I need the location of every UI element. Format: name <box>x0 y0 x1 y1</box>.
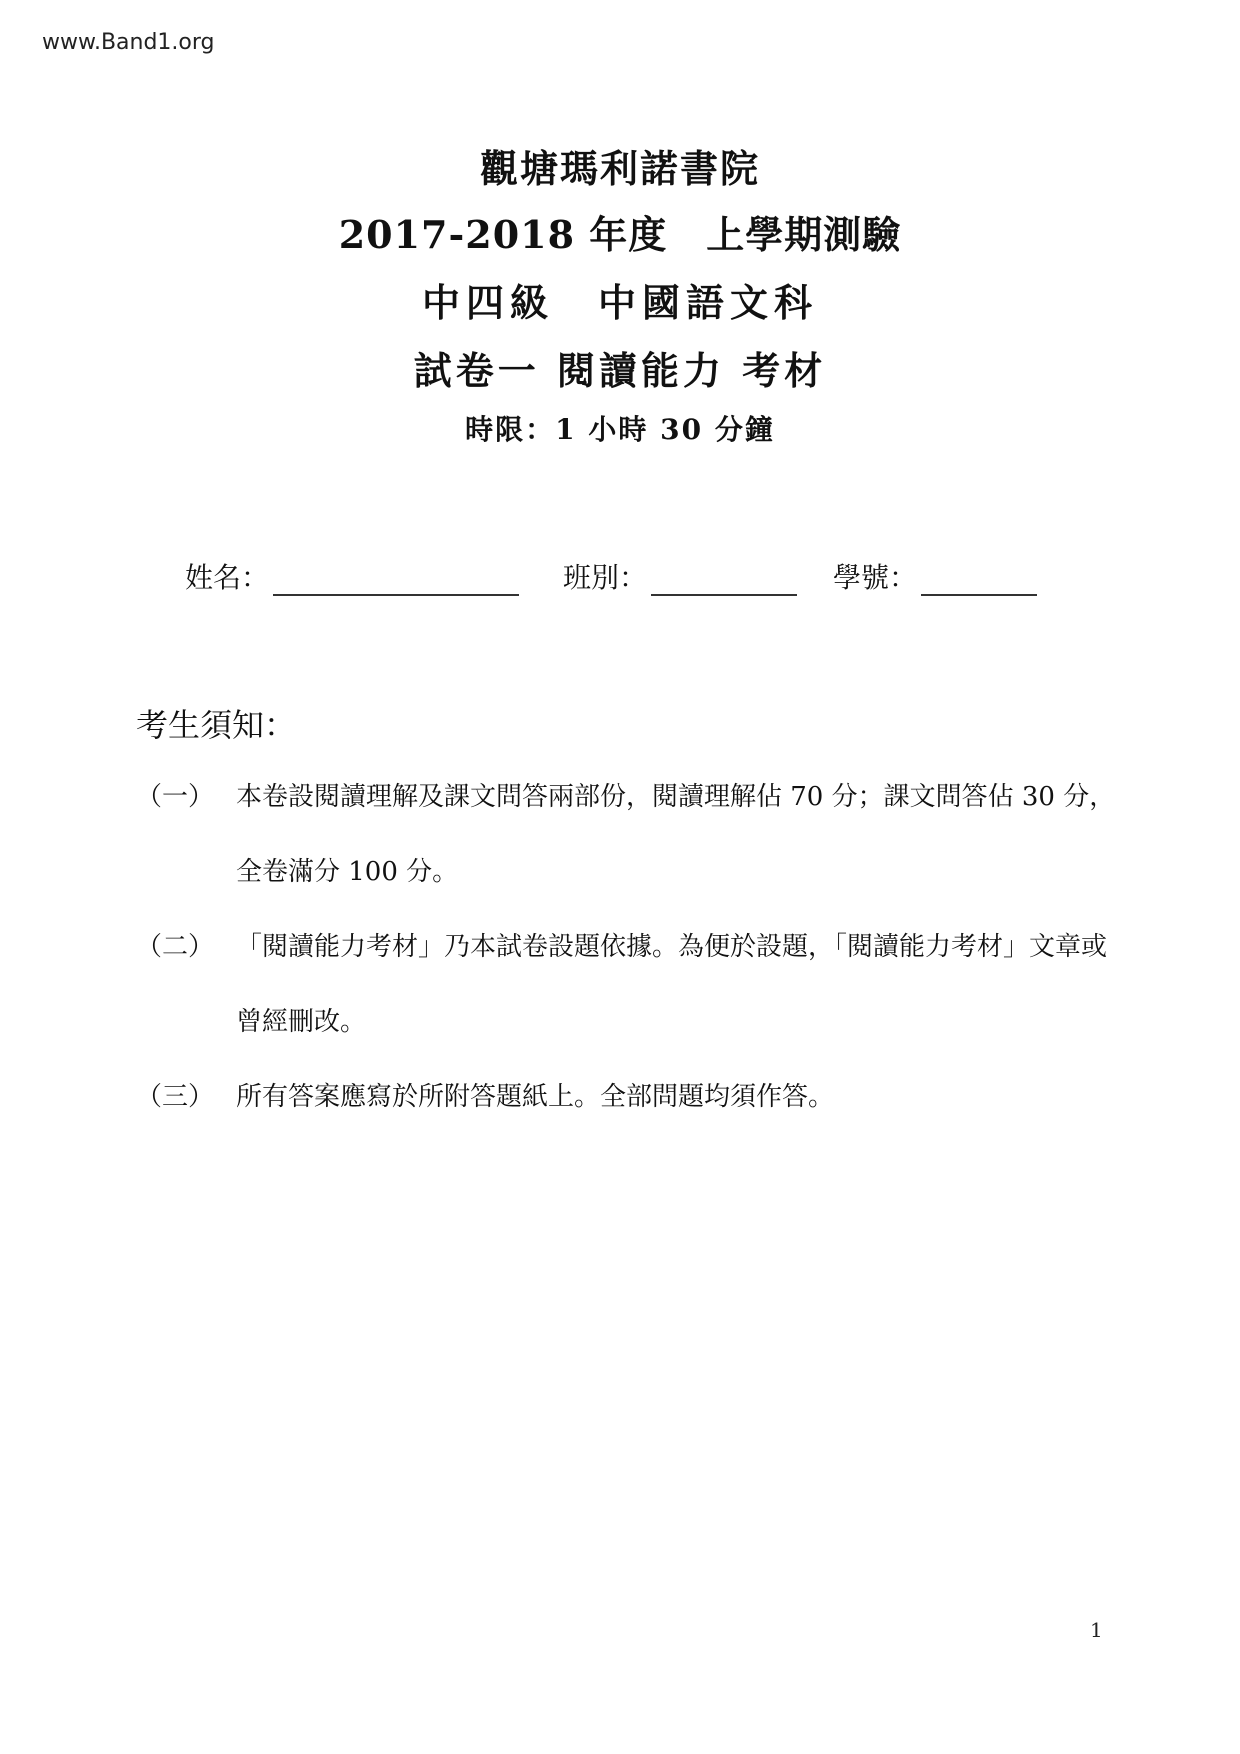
class-blank-line[interactable] <box>651 564 797 596</box>
student-number-field-label: 學號： <box>833 556 917 596</box>
notice-item-marker: （三） <box>136 1060 214 1135</box>
notice-item-text: 「閱讀能力考材」乃本試卷設題依據。為便於設題，「閱讀能力考材」文章或曾經刪改。 <box>236 910 1126 1060</box>
school-name: 觀塘瑪利諾書院 <box>0 138 1240 193</box>
notice-item: （三） 所有答案應寫於所附答題紙上。全部問題均須作答。 <box>136 1060 1126 1135</box>
page-number: 1 <box>1090 1618 1103 1642</box>
student-info-fields: 姓名： 班別： 學號： <box>185 556 1037 596</box>
notice-item: （二） 「閱讀能力考材」乃本試卷設題依據。為便於設題，「閱讀能力考材」文章或曾經… <box>136 910 1126 1060</box>
name-field[interactable]: 姓名： <box>185 556 519 596</box>
level-subject-title: 中四級 中國語文科 <box>0 272 1240 327</box>
student-number-field[interactable]: 學號： <box>833 556 1037 596</box>
student-number-blank-line[interactable] <box>921 564 1037 596</box>
notice-item-text: 本卷設閱讀理解及課文問答兩部份，閱讀理解佔 70 分；課文問答佔 30 分，全卷… <box>236 760 1126 910</box>
name-field-label: 姓名： <box>185 556 269 596</box>
notice-item-marker: （二） <box>136 910 214 985</box>
notice-item-text: 所有答案應寫於所附答題紙上。全部問題均須作答。 <box>236 1060 1126 1135</box>
time-limit: 時限：1 小時 30 分鐘 <box>0 408 1240 448</box>
class-field[interactable]: 班別： <box>563 556 797 596</box>
notice-item-marker: （一） <box>136 760 214 835</box>
name-blank-line[interactable] <box>273 564 519 596</box>
paper-title: 試卷一 閱讀能力 考材 <box>0 340 1240 395</box>
exam-year-title: 2017-2018 年度 上學期測驗 <box>0 204 1240 259</box>
notice-heading: 考生須知： <box>136 700 296 746</box>
class-field-label: 班別： <box>563 556 647 596</box>
notice-item: （一） 本卷設閱讀理解及課文問答兩部份，閱讀理解佔 70 分；課文問答佔 30 … <box>136 760 1126 910</box>
watermark-url: www.Band1.org <box>42 30 215 55</box>
